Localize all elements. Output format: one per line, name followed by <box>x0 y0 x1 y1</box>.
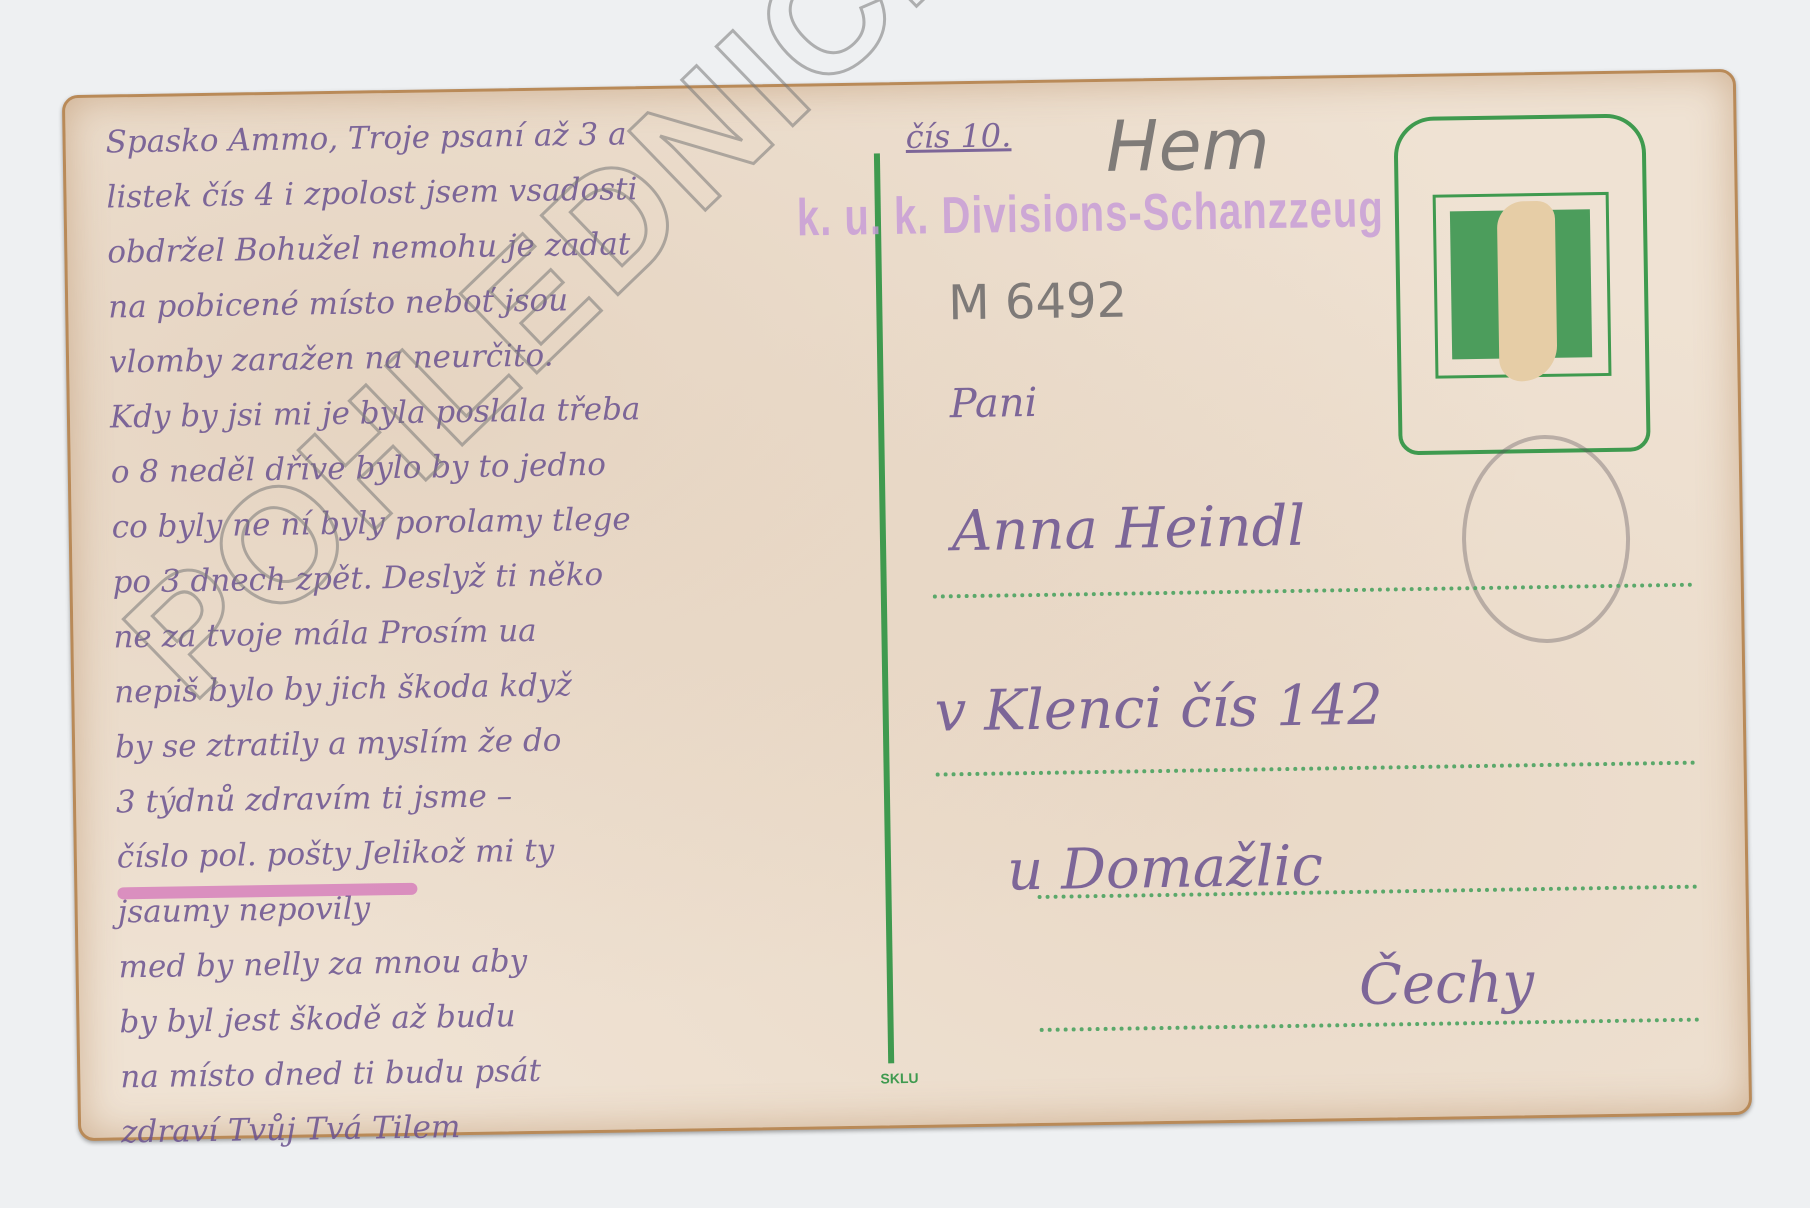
message-line: by se ztratily a myslím že do <box>115 724 647 787</box>
printed-stamp-icon <box>1393 113 1650 455</box>
message-line: 3 týdnů zdravím ti jsme – <box>116 779 648 842</box>
message-line: med by nelly za mnou aby <box>118 944 650 1007</box>
message-line: na místo dned ti budu psát <box>120 1054 652 1117</box>
message-line: zdraví Tvůj Tvá Tilem <box>121 1109 653 1172</box>
message-line: by byl jest škodě až budu <box>119 999 651 1062</box>
tear-damage <box>1497 201 1558 382</box>
address-name: Anna Heindl <box>951 499 1305 561</box>
address-line <box>936 761 1696 777</box>
address-country: Čechy <box>1359 955 1535 1014</box>
postmark-icon <box>1460 434 1631 645</box>
pencil-signature: Hem <box>1105 109 1270 182</box>
unit-stamp: k. u. k. Divisions-Schanzzeug <box>796 181 1384 249</box>
address-line <box>1040 1018 1700 1032</box>
center-divider <box>874 153 894 1063</box>
message-line: jsaumy nepovily <box>117 889 649 952</box>
address-street: v Klenci čís 142 <box>934 678 1383 741</box>
header-number: čís 10. <box>905 119 1011 153</box>
address-salutation: Pani <box>950 383 1038 424</box>
catalog-number: M 6492 <box>948 277 1128 328</box>
printer-imprint: SKLU <box>880 1070 918 1087</box>
